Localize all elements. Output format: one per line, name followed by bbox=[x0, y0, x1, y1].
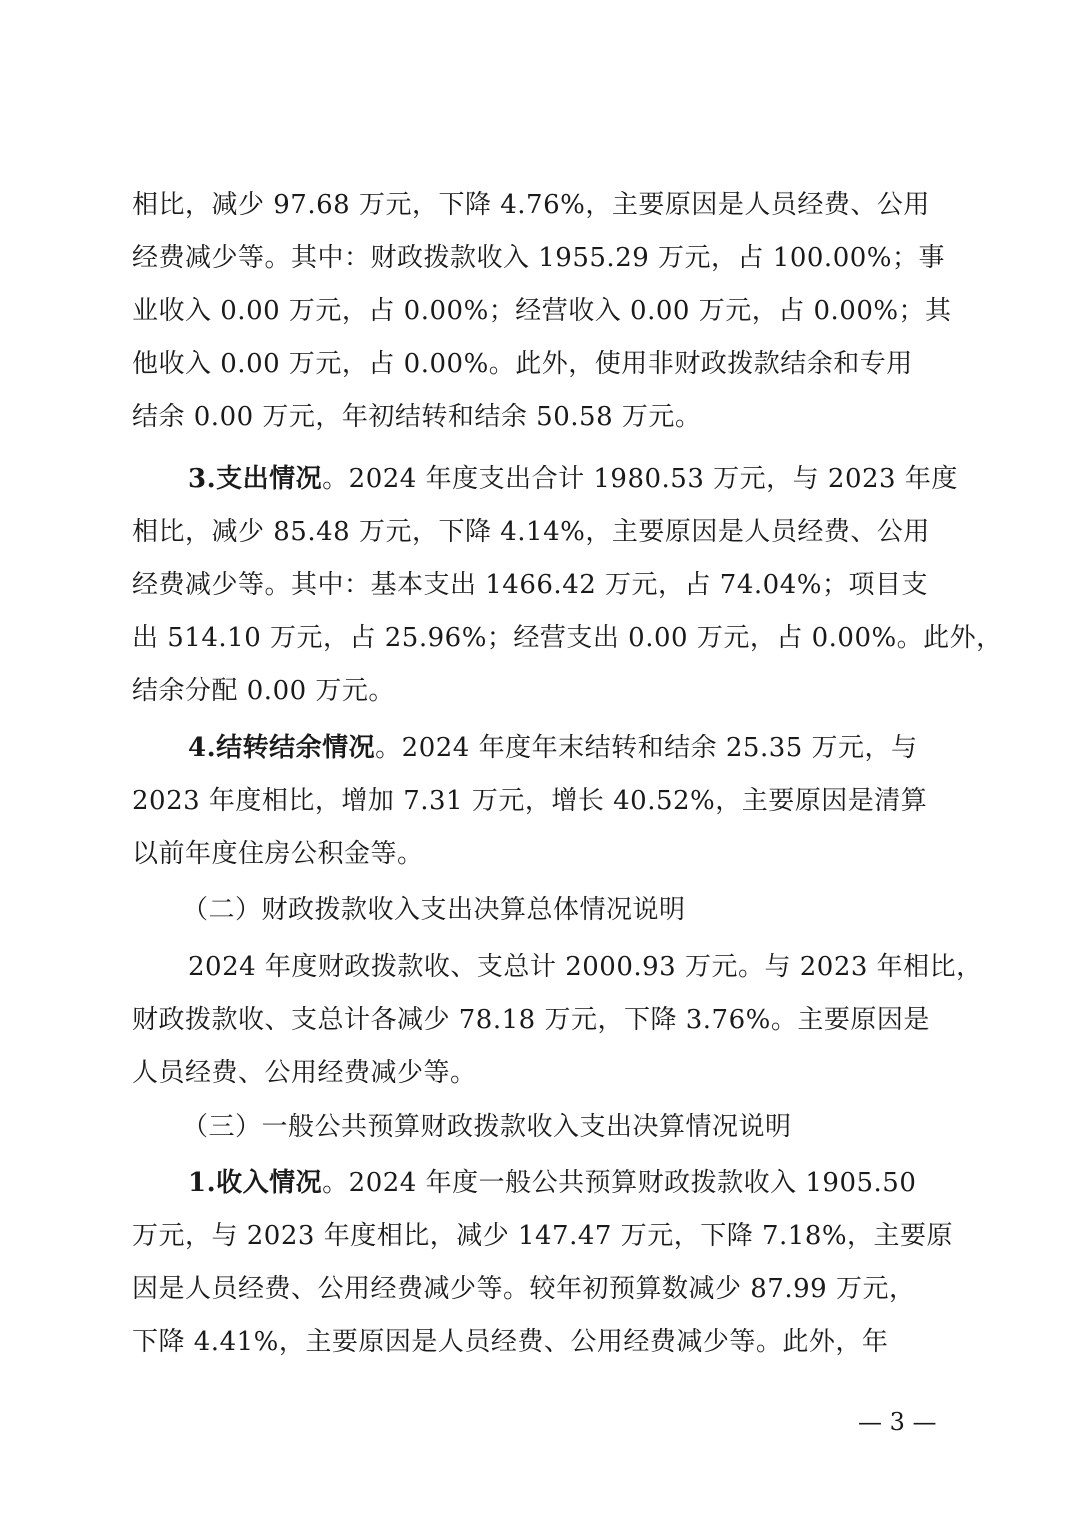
text-run: 。2024 年度年末结转和结余 25.35 万元，与 bbox=[375, 733, 917, 763]
text-line: 相比，减少 85.48 万元，下降 4.14%，主要原因是人员经费、公用 bbox=[132, 512, 930, 552]
text-line: 相比，减少 97.68 万元，下降 4.76%，主要原因是人员经费、公用 bbox=[132, 185, 930, 225]
text-line: 下降 4.41%，主要原因是人员经费、公用经费减少等。此外，年 bbox=[132, 1322, 888, 1362]
text-line: 结余分配 0.00 万元。 bbox=[132, 671, 395, 711]
text-line: 以前年度住房公积金等。 bbox=[132, 834, 424, 874]
text-line: 2023 年度相比，增加 7.31 万元，增长 40.52%，主要原因是清算 bbox=[132, 781, 927, 821]
section-heading-income: 1.收入情况 bbox=[188, 1168, 322, 1198]
paragraph-first-line: 4.结转结余情况。2024 年度年末结转和结余 25.35 万元，与 bbox=[188, 728, 918, 768]
text-run: 。2024 年度一般公共预算财政拨款收入 1905.50 bbox=[322, 1168, 916, 1198]
section-heading-expenditure: 3.支出情况 bbox=[188, 464, 322, 494]
text-line: 万元，与 2023 年度相比，减少 147.47 万元，下降 7.18%，主要原 bbox=[132, 1216, 953, 1256]
paragraph-first-line: 1.收入情况。2024 年度一般公共预算财政拨款收入 1905.50 bbox=[188, 1163, 916, 1203]
page-number: — 3 — bbox=[858, 1408, 937, 1436]
paragraph-first-line: 3.支出情况。2024 年度支出合计 1980.53 万元，与 2023 年度 bbox=[188, 459, 958, 499]
text-line: 出 514.10 万元，占 25.96%；经营支出 0.00 万元，占 0.00… bbox=[132, 618, 1003, 658]
text-line: 财政拨款收、支总计各减少 78.18 万元，下降 3.76%。主要原因是 bbox=[132, 1000, 930, 1040]
section-heading-carryover: 4.结转结余情况 bbox=[188, 733, 375, 763]
text-line: 经费减少等。其中：基本支出 1466.42 万元，占 74.04%；项目支 bbox=[132, 565, 928, 605]
text-line: 因是人员经费、公用经费减少等。较年初预算数减少 87.99 万元， bbox=[132, 1269, 915, 1309]
text-line: 业收入 0.00 万元，占 0.00%；经营收入 0.00 万元，占 0.00%… bbox=[132, 291, 952, 331]
text-line: 结余 0.00 万元，年初结转和结余 50.58 万元。 bbox=[132, 397, 701, 437]
text-line: 人员经费、公用经费减少等。 bbox=[132, 1053, 477, 1093]
text-line: 他收入 0.00 万元，占 0.00%。此外，使用非财政拨款结余和专用 bbox=[132, 344, 913, 384]
paragraph-first-line: 2024 年度财政拨款收、支总计 2000.93 万元。与 2023 年相比， bbox=[188, 947, 983, 987]
section-title: （三）一般公共预算财政拨款收入支出决算情况说明 bbox=[182, 1107, 792, 1147]
section-title: （二）财政拨款收入支出决算总体情况说明 bbox=[182, 890, 686, 930]
text-line: 经费减少等。其中：财政拨款收入 1955.29 万元，占 100.00%；事 bbox=[132, 238, 945, 278]
text-run: 。2024 年度支出合计 1980.53 万元，与 2023 年度 bbox=[322, 464, 958, 494]
